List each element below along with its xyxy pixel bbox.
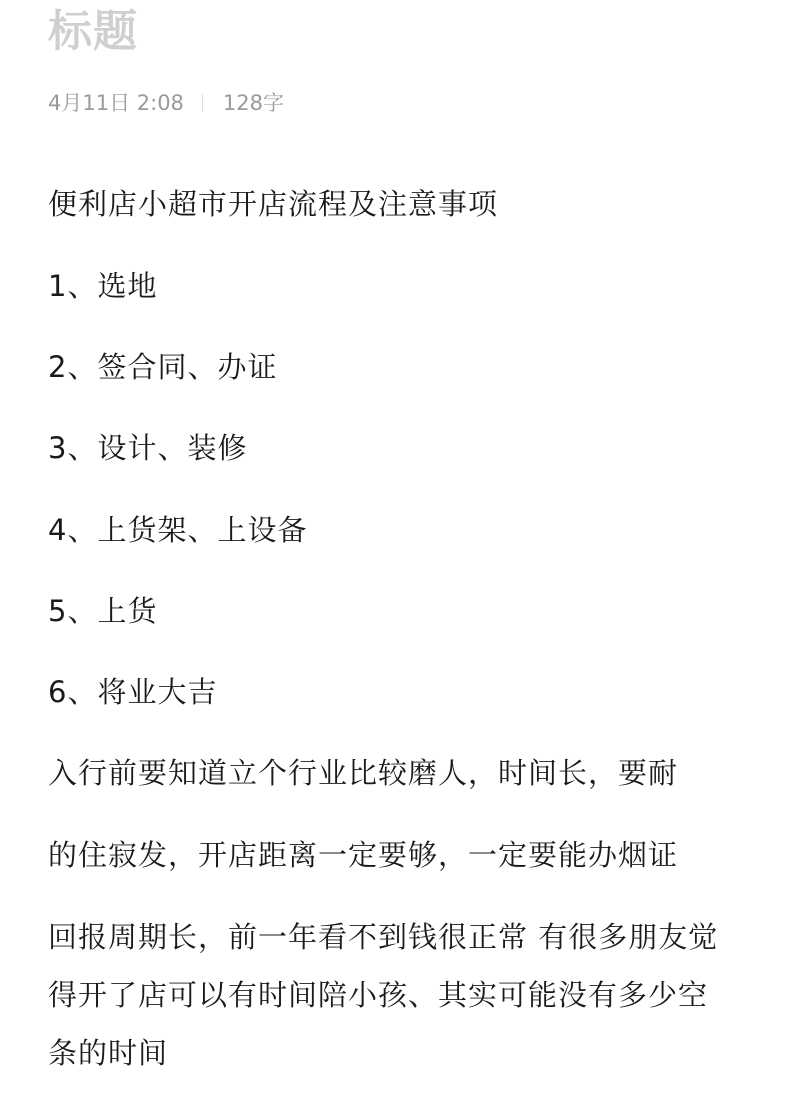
paragraph-line: 得开了店可以有时间陪小孩、其实可能没有多少空 xyxy=(48,975,708,1015)
list-item: 6、将业大吉 xyxy=(48,672,217,712)
note-meta: 4月11日 2:08 128字 xyxy=(48,88,284,118)
paragraph-line: 的住寂发，开店距离一定要够，一定要能办烟证 xyxy=(48,835,678,875)
note-heading-line: 便利店小超市开店流程及注意事项 xyxy=(48,184,498,224)
paragraph-line: 入行前要知道立个行业比较磨人，时间长，要耐 xyxy=(48,753,678,793)
note-word-count: 128字 xyxy=(223,88,284,118)
meta-divider xyxy=(202,94,203,112)
paragraph-line: 回报周期长，前一年看不到钱很正常 有很多朋友觉 xyxy=(48,917,718,957)
list-item: 2、签合同、办证 xyxy=(48,347,277,387)
list-item: 4、上货架、上设备 xyxy=(48,510,307,550)
note-date: 4月11日 2:08 xyxy=(48,88,184,118)
paragraph-line: 条的时间 xyxy=(48,1033,168,1073)
list-item: 5、上货 xyxy=(48,591,157,631)
list-item: 1、选地 xyxy=(48,266,157,306)
note-title[interactable]: 标题 xyxy=(48,2,138,62)
list-item: 3、设计、装修 xyxy=(48,428,247,468)
